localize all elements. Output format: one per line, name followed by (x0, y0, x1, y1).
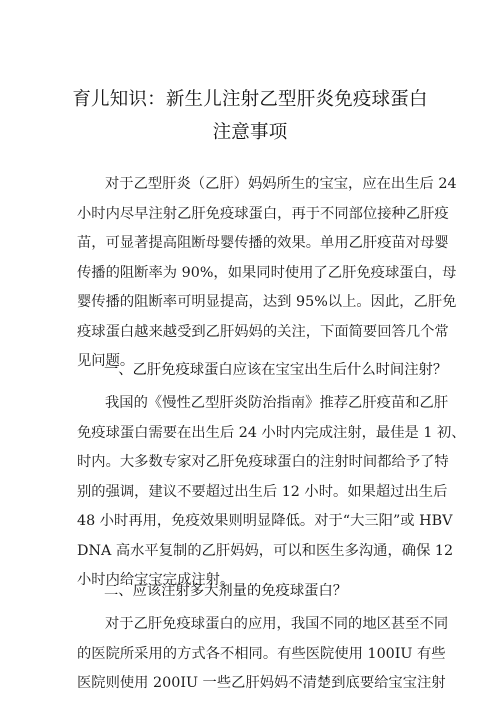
section-1-paragraph: 我国的《慢性乙型肝炎防治指南》推荐乙肝疫苗和乙肝 免疫球蛋白需要在出生后 24 … (77, 389, 433, 596)
paragraph-line: 传播的阻断率为 90%，如果同时使用了乙肝免疫球蛋白，母 (77, 259, 433, 289)
paragraph-line: 别的强调，建议不要超过出生后 12 小时。如果超过出生后 (77, 478, 433, 508)
section-2-paragraph: 对于乙肝免疫球蛋白的应用，我国不同的地区甚至不同 的医院所采用的方式各不相同。有… (77, 610, 433, 699)
section-heading-2: 二、应该注射多大剂量的免疫球蛋白？ (104, 580, 347, 600)
paragraph-line: DNA 高水平复制的乙肝妈妈，可以和医生多沟通，确保 12 (77, 537, 433, 567)
paragraph-line: 的医院所采用的方式各不相同。有些医院使用 100IU 有些 (77, 640, 433, 670)
paragraph-line: 疫球蛋白越来越受到乙肝妈妈的关注，下面简要回答几个常 (77, 318, 433, 348)
paragraph-line: 婴传播的阻断率可明显提高，达到 95%以上。因此，乙肝免 (77, 288, 433, 318)
intro-paragraph: 对于乙型肝炎（乙肝）妈妈所生的宝宝，应在出生后 24 小时内尽早注射乙肝免疫球蛋… (77, 170, 433, 377)
paragraph-line: 48 小时再用，免疫效果则明显降低。对于“大三阳”或 HBV (77, 507, 433, 537)
document-page: 育儿知识：新生儿注射乙型肝炎免疫球蛋白 注意事项 对于乙型肝炎（乙肝）妈妈所生的… (0, 0, 500, 707)
paragraph-line: 我国的《慢性乙型肝炎防治指南》推荐乙肝疫苗和乙肝 (77, 389, 433, 419)
document-title-line-1: 育儿知识：新生儿注射乙型肝炎免疫球蛋白 (0, 85, 500, 111)
paragraph-line: 医院则使用 200IU 一些乙肝妈妈不清楚到底要给宝宝注射 (77, 669, 433, 699)
paragraph-line: 小时内尽早注射乙肝免疫球蛋白，再于不同部位接种乙肝疫 (77, 200, 433, 230)
paragraph-line: 对于乙肝免疫球蛋白的应用，我国不同的地区甚至不同 (77, 610, 433, 640)
paragraph-line: 免疫球蛋白需要在出生后 24 小时内完成注射，最佳是 1 初、 (77, 419, 433, 449)
paragraph-line: 苗，可显著提高阻断母婴传播的效果。单用乙肝疫苗对母婴 (77, 229, 433, 259)
paragraph-line: 对于乙型肝炎（乙肝）妈妈所生的宝宝，应在出生后 24 (77, 170, 433, 200)
paragraph-line: 时内。大多数专家对乙肝免疫球蛋白的注射时间都给予了特 (77, 448, 433, 478)
section-heading-1: 一、乙肝免疫球蛋白应该在宝宝出生后什么时间注射？ (104, 359, 447, 379)
document-title-line-2: 注意事项 (0, 118, 500, 144)
